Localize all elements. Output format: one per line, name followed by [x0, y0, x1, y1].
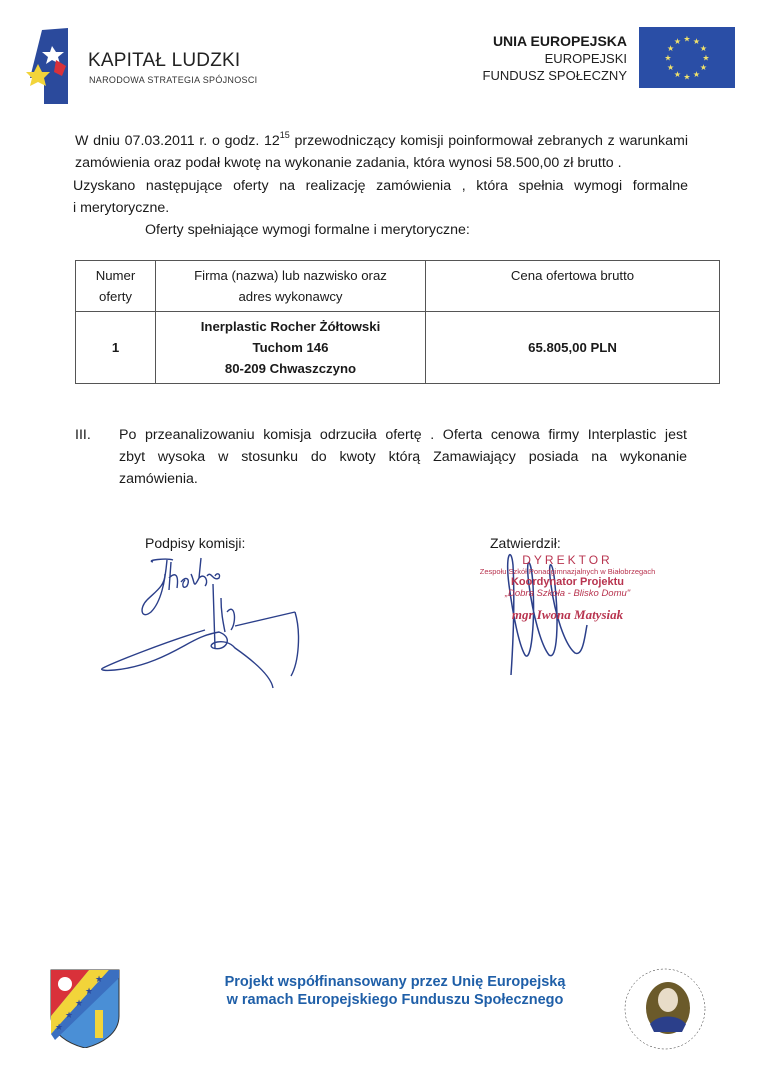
svg-text:★: ★: [55, 1022, 63, 1032]
stamp-title: DYREKTOR: [455, 553, 680, 567]
svg-text:★: ★: [674, 70, 681, 79]
svg-text:★: ★: [674, 37, 681, 46]
svg-text:★: ★: [700, 63, 707, 72]
table-row: 1 Inerplastic Rocher Żółtowski Tuchom 14…: [76, 312, 720, 384]
director-stamp: DYREKTOR Zespołu Szkół Ponadgimnazjalnyc…: [455, 553, 680, 623]
section3-line3: zamówienia.: [119, 468, 687, 490]
svg-text:★: ★: [65, 1010, 73, 1020]
committee-signature-icon: [95, 552, 315, 692]
svg-text:★: ★: [95, 974, 103, 984]
offers-received-paragraph: Uzyskano następujące oferty na realizacj…: [73, 175, 688, 219]
company-street: Tuchom 146: [162, 337, 419, 358]
kapital-ludzki-logo-icon: [26, 28, 70, 104]
header-line: Firma (nazwa) lub nazwisko oraz: [162, 265, 419, 286]
offers-received-line2: i merytoryczne.: [73, 197, 688, 219]
school-seal-icon: [622, 966, 708, 1052]
offers-received-line1: Uzyskano następujące oferty na realizacj…: [73, 175, 688, 197]
cell-company: Inerplastic Rocher Żółtowski Tuchom 146 …: [156, 312, 426, 384]
cell-price: 65.805,00 PLN: [426, 312, 720, 384]
svg-text:★: ★: [702, 54, 709, 63]
header-line: Cena ofertowa brutto: [432, 265, 713, 286]
section3-line2: zbyt wysoka w stosunku do kwoty którą Za…: [119, 446, 687, 468]
stamp-role: Koordynator Projektu: [455, 576, 680, 588]
section-number: III.: [75, 424, 91, 446]
eu-line1: EUROPEJSKI: [483, 50, 627, 67]
svg-text:★: ★: [683, 35, 690, 44]
svg-text:★: ★: [667, 63, 674, 72]
footer-cofinancing-note: Projekt współfinansowany przez Unię Euro…: [160, 973, 630, 1009]
time-minutes: 15: [280, 130, 290, 140]
eu-title: UNIA EUROPEJSKA: [483, 33, 627, 50]
header-line: adres wykonawcy: [162, 286, 419, 307]
county-coat-of-arms-icon: ★★★★★: [49, 968, 121, 1048]
stamp-name: mgr Iwona Matysiak: [455, 607, 680, 623]
eu-text-block: UNIA EUROPEJSKA EUROPEJSKI FUNDUSZ SPOŁE…: [483, 33, 627, 84]
offers-table: Numer oferty Firma (nazwa) lub nazwisko …: [75, 260, 720, 384]
committee-signatures-label: Podpisy komisji:: [145, 535, 245, 551]
svg-text:★: ★: [664, 54, 671, 63]
eu-flag-icon: ★★★★★★★★★★★★: [639, 27, 735, 88]
company-name: Inerplastic Rocher Żółtowski: [162, 316, 419, 337]
header-company: Firma (nazwa) lub nazwisko oraz adres wy…: [156, 261, 426, 312]
svg-text:★: ★: [700, 44, 707, 53]
header-offer-number: Numer oferty: [76, 261, 156, 312]
svg-text:★: ★: [85, 986, 93, 996]
svg-text:★: ★: [75, 998, 83, 1008]
company-city: 80-209 Chwaszczyno: [162, 358, 419, 379]
svg-text:★: ★: [683, 73, 690, 82]
header-line: Numer: [82, 265, 149, 286]
kapital-ludzki-subtitle: NARODOWA STRATEGIA SPÓJNOSCI: [89, 75, 257, 85]
stamp-project: „Dobra Szkoła - Blisko Domu": [455, 588, 680, 599]
section3-line1: Po przeanalizowaniu komisja odrzuciła of…: [119, 424, 687, 446]
intro-paragraph: W dniu 07.03.2011 r. o godz. 1215 przewo…: [75, 130, 688, 174]
svg-text:★: ★: [693, 70, 700, 79]
table-header-row: Numer oferty Firma (nazwa) lub nazwisko …: [76, 261, 720, 312]
kapital-ludzki-title: KAPITAŁ LUDZKI: [88, 50, 240, 72]
footer-line2: w ramach Europejskiego Funduszu Społeczn…: [160, 991, 630, 1009]
footer-line1: Projekt współfinansowany przez Unię Euro…: [160, 973, 630, 991]
stamp-institution: Zespołu Szkół Ponadgimnazjalnych w Biało…: [455, 567, 680, 576]
eu-line2: FUNDUSZ SPOŁECZNY: [483, 67, 627, 84]
intro-pre: W dniu 07.03.2011 r. o godz. 12: [75, 133, 280, 149]
section3-paragraph: Po przeanalizowaniu komisja odrzuciła of…: [119, 424, 687, 490]
cell-offer-number: 1: [76, 312, 156, 384]
valid-offers-heading: Oferty spełniające wymogi formalne i mer…: [145, 219, 470, 241]
header-line: oferty: [82, 286, 149, 307]
header-price: Cena ofertowa brutto: [426, 261, 720, 312]
